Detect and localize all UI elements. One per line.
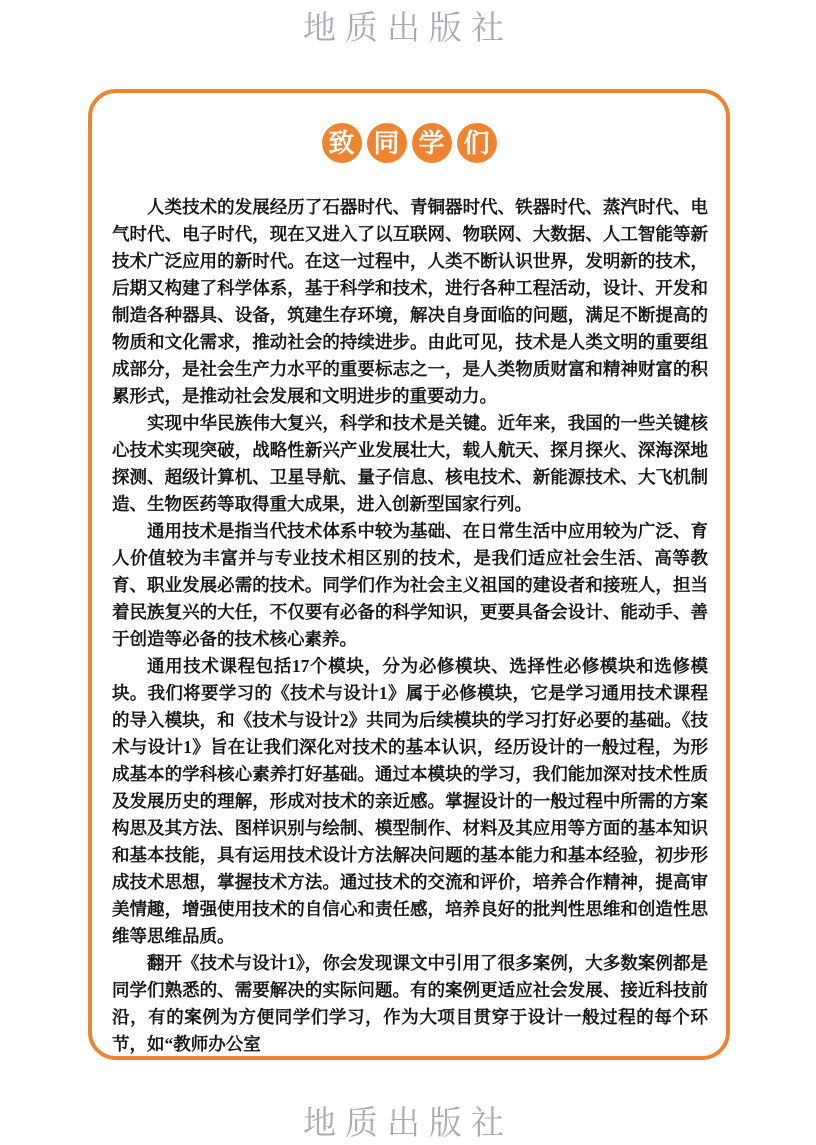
publisher-watermark-top: 地质出版社 (0, 2, 816, 49)
paragraph-general-technology-definition: 通用技术是指当代技术体系中较为基础、在日常生活中应用较为广泛、育人价值较为丰富并… (112, 518, 708, 653)
title-badge-char-4: 们 (457, 123, 497, 163)
paragraph-course-modules: 通用技术课程包括17个模块，分为必修模块、选择性必修模块和选修模块。我们将要学习… (112, 653, 708, 950)
title-badge-char-1: 致 (322, 123, 362, 163)
page-title: 致 同 学 们 (92, 123, 726, 163)
title-badge-char-2: 同 (367, 123, 407, 163)
content-border-box: 致 同 学 们 人类技术的发展经历了石器时代、青铜器时代、铁器时代、蒸汽时代、电… (88, 89, 730, 1060)
title-badge-char-3: 学 (412, 123, 452, 163)
publisher-watermark-bottom: 地质出版社 (0, 1097, 816, 1144)
paragraph-technology-history: 人类技术的发展经历了石器时代、青铜器时代、铁器时代、蒸汽时代、电气时代、电子时代… (112, 194, 708, 410)
paragraph-national-achievements: 实现中华民族伟大复兴，科学和技术是关键。近年来，我国的一些关键核心技术实现突破，… (112, 410, 708, 518)
textbook-page: 地质出版社 致 同 学 们 人类技术的发展经历了石器时代、青铜器时代、铁器时代、… (0, 0, 816, 1145)
paragraph-case-examples: 翻开《技术与设计1》，你会发现课文中引用了很多案例，大多数案例都是同学们熟悉的、… (112, 950, 708, 1058)
body-text: 人类技术的发展经历了石器时代、青铜器时代、铁器时代、蒸汽时代、电气时代、电子时代… (112, 194, 708, 1058)
